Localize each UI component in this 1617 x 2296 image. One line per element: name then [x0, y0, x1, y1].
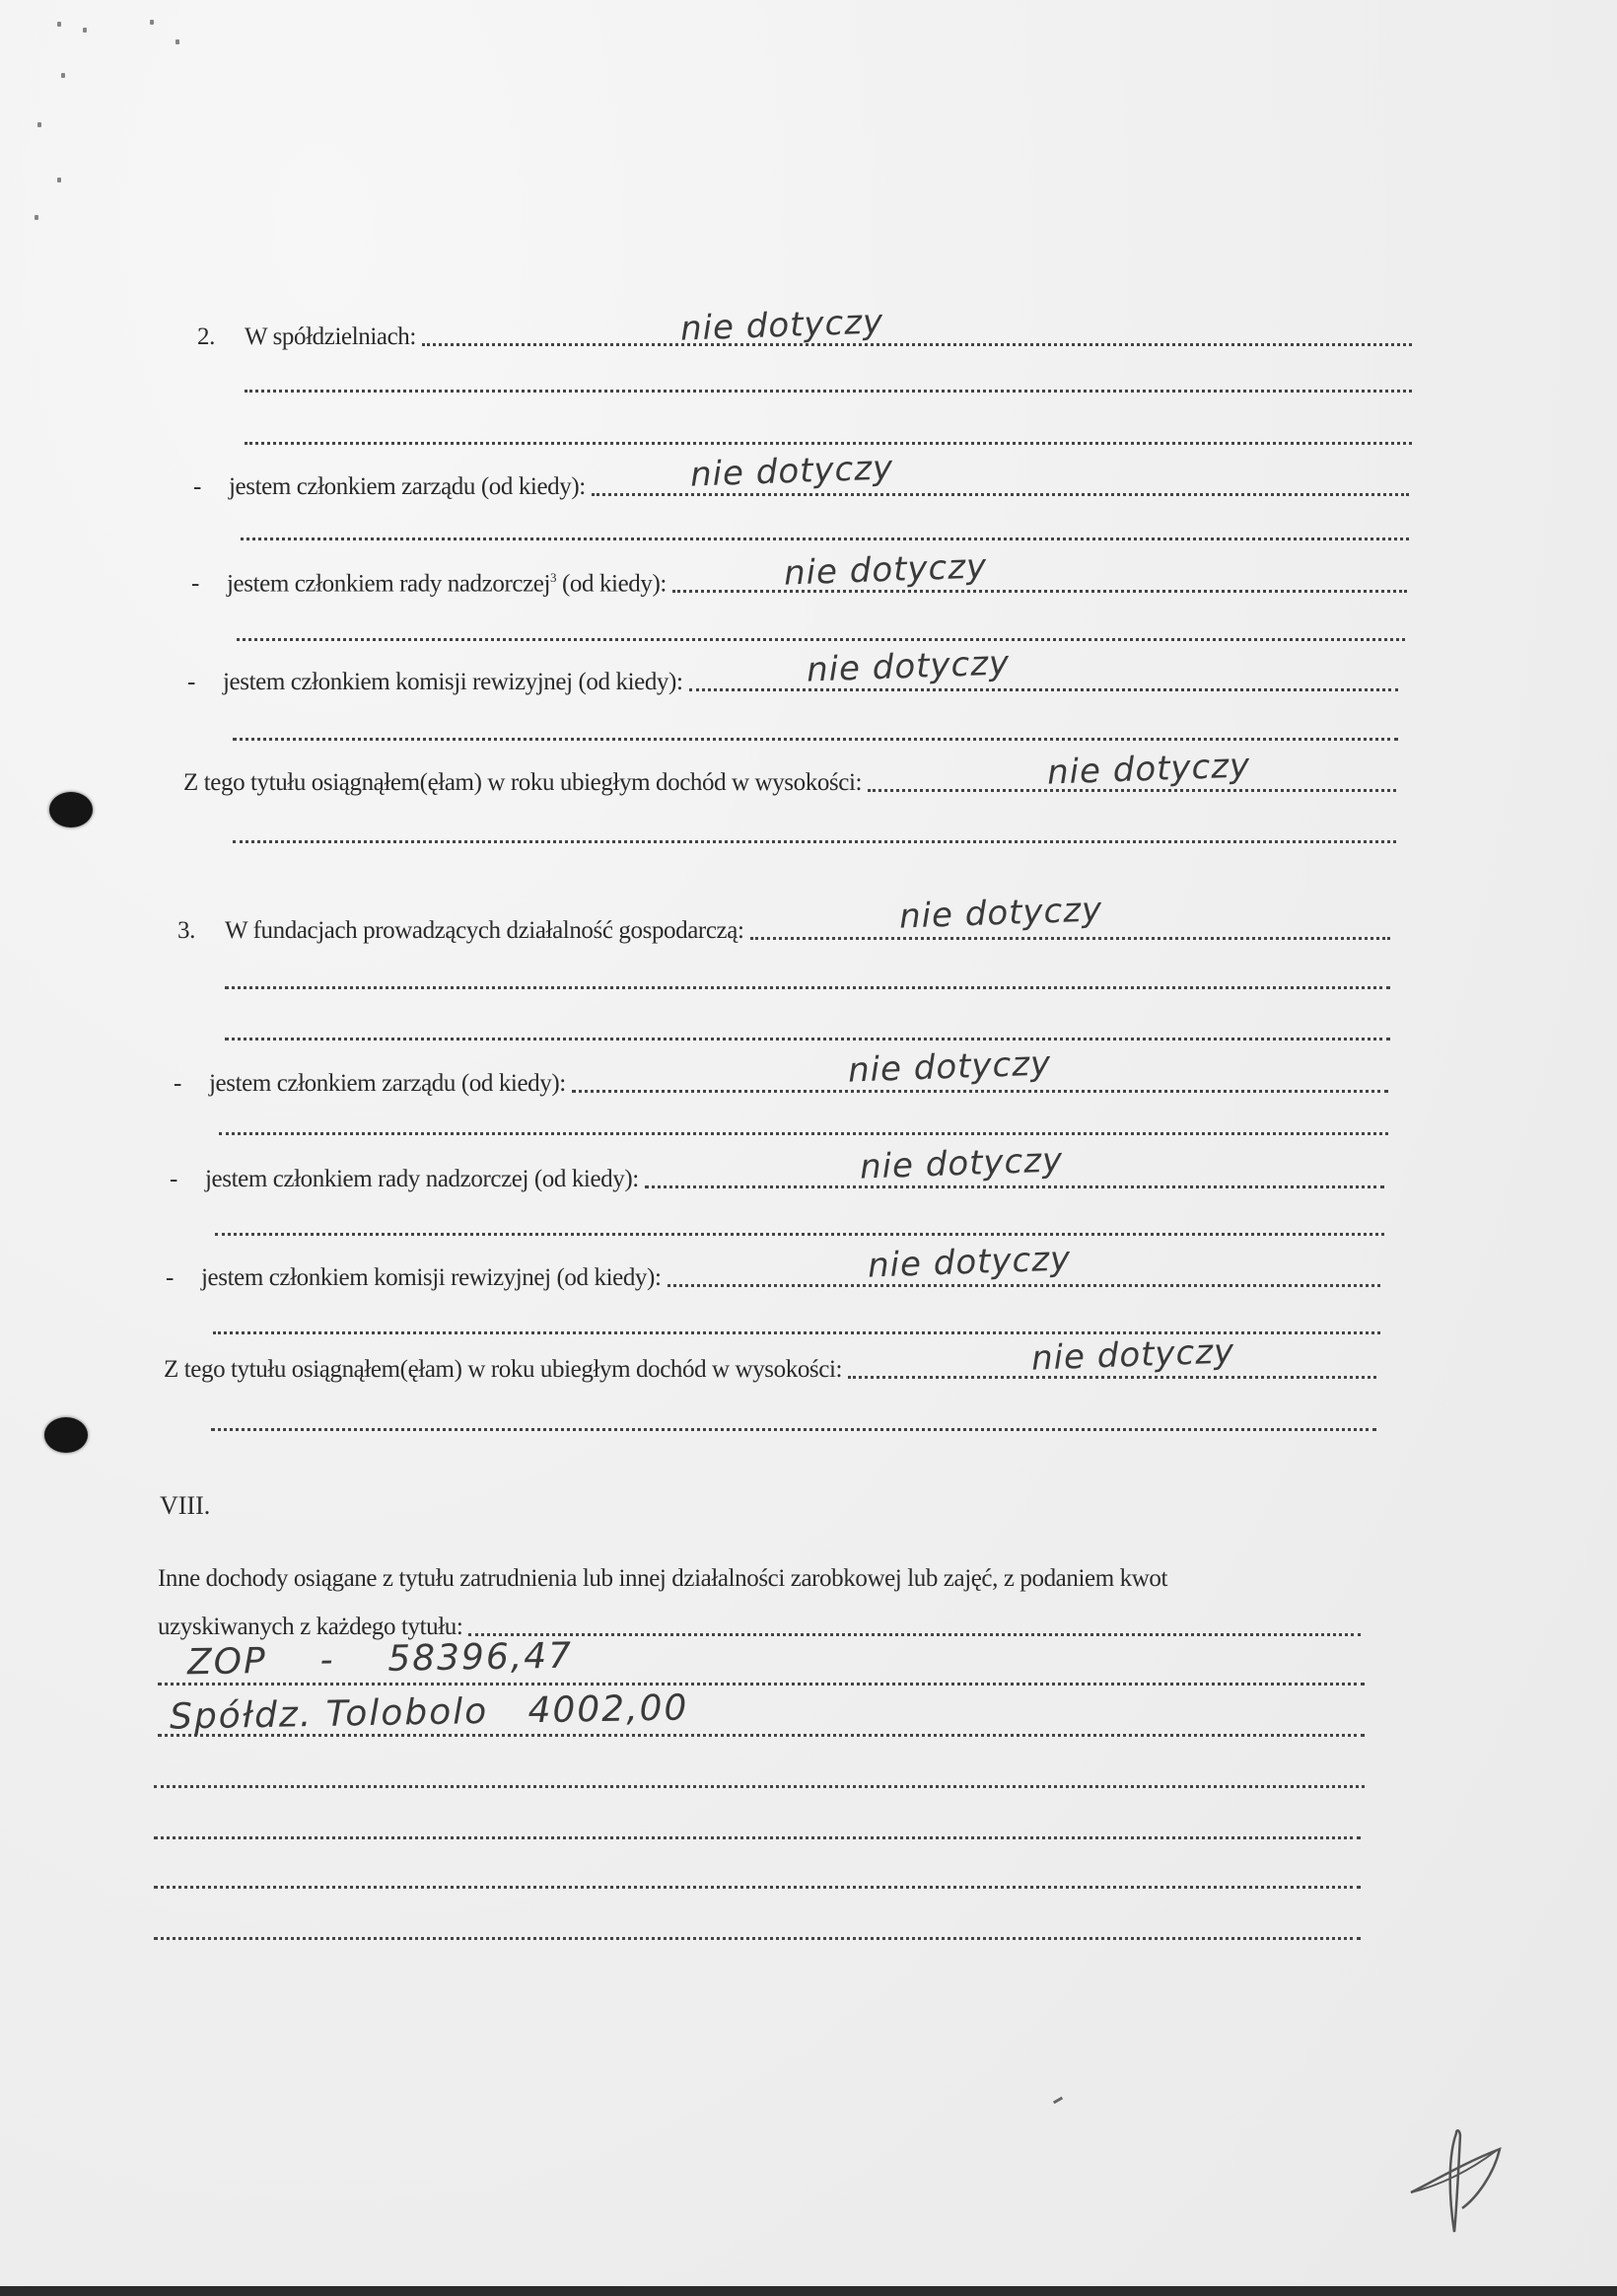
fill-line[interactable]	[672, 590, 1407, 593]
blank-fill-line[interactable]	[154, 1856, 1361, 1898]
footnote-marker: 3	[550, 570, 556, 585]
fill-line[interactable]	[848, 1376, 1376, 1379]
scan-speck	[35, 215, 38, 220]
handwritten-answer: nie dotyczy	[898, 890, 1102, 936]
income-entry: ZOP - 58396,47	[187, 1636, 574, 1684]
income-source: ZOP	[187, 1641, 267, 1683]
handwritten-answer: nie dotyczy	[679, 302, 883, 348]
blank-fill-line[interactable]	[245, 412, 1412, 454]
scan-speck	[61, 73, 65, 78]
income-separator: -	[319, 1640, 335, 1681]
item-label: W spółdzielniach:	[245, 323, 416, 355]
bullet: -	[170, 1166, 205, 1197]
item-3-role-audit: - jestem członkiem komisji rewizyjnej (o…	[166, 1255, 1380, 1296]
fill-line[interactable]	[668, 1284, 1381, 1287]
role-label: jestem członkiem rady nadzorczej	[227, 570, 550, 597]
income-source: Spółdz. Tolobolo	[170, 1691, 489, 1738]
role-label-suffix: (od kiedy):	[562, 570, 667, 597]
punch-hole-top	[49, 792, 93, 827]
scan-speck	[150, 20, 154, 25]
handwritten-answer: nie dotyczy	[847, 1043, 1051, 1090]
income-label: Z tego tytułu osiągnąłem(ęłam) w roku ub…	[183, 769, 862, 801]
fill-line[interactable]	[645, 1185, 1384, 1188]
role-label: jestem członkiem zarządu (od kiedy):	[209, 1070, 566, 1102]
role-label: jestem członkiem komisji rewizyjnej (od …	[223, 669, 683, 700]
scan-speck	[57, 22, 61, 27]
handwritten-answer: nie dotyczy	[1046, 746, 1250, 792]
item-3-line: 3. W fundacjach prowadzących działalność…	[177, 907, 1390, 949]
punch-hole-bottom	[44, 1417, 88, 1453]
handwritten-answer: nie dotyczy	[689, 448, 893, 494]
item-3-role-supervisory: - jestem członkiem rady nadzorczej (od k…	[170, 1156, 1384, 1197]
item-number: 2.	[197, 323, 245, 355]
blank-fill-line[interactable]	[241, 508, 1409, 549]
fill-line[interactable]	[572, 1090, 1388, 1093]
handwritten-answer: nie dotyczy	[867, 1239, 1071, 1285]
income-amount: 4002,00	[527, 1687, 689, 1731]
blank-fill-line[interactable]	[237, 609, 1405, 650]
blank-fill-line[interactable]	[233, 708, 1398, 750]
scan-bottom-edge	[0, 2286, 1617, 2296]
scan-speck	[176, 39, 179, 44]
bullet: -	[174, 1070, 209, 1102]
item-2-role-audit: - jestem członkiem komisji rewizyjnej (o…	[187, 659, 1398, 700]
role-label: jestem członkiem zarządu (od kiedy):	[229, 473, 586, 505]
blank-fill-line[interactable]	[154, 1907, 1361, 1949]
role-label: jestem członkiem rady nadzorczej (od kie…	[205, 1166, 639, 1197]
scan-speck	[57, 178, 61, 182]
handwritten-answer: nie dotyczy	[859, 1140, 1063, 1186]
section-heading: VIII.	[160, 1491, 210, 1521]
blank-fill-line[interactable]	[219, 1103, 1388, 1144]
section-description-fill: uzyskiwanych z każdego tytułu:	[158, 1604, 1361, 1645]
handwritten-answer: nie dotyczy	[1030, 1331, 1234, 1378]
item-3-role-board: - jestem członkiem zarządu (od kiedy):	[174, 1060, 1388, 1102]
blank-fill-line[interactable]	[245, 360, 1412, 401]
bullet: -	[191, 570, 227, 602]
scan-speck	[83, 28, 87, 33]
fill-line[interactable]	[422, 343, 1412, 346]
fill-line[interactable]	[689, 688, 1399, 691]
handwritten-answer: nie dotyczy	[806, 643, 1010, 689]
fill-line[interactable]	[468, 1633, 1361, 1636]
bullet: -	[187, 669, 223, 700]
blank-fill-line[interactable]	[154, 1807, 1361, 1848]
scan-speck	[37, 122, 41, 127]
role-label: jestem członkiem komisji rewizyjnej (od …	[201, 1264, 662, 1296]
blank-fill-line[interactable]	[154, 1756, 1365, 1797]
item-label: W fundacjach prowadzących działalność go…	[225, 917, 744, 949]
signature-icon	[1405, 2116, 1523, 2244]
bullet: -	[166, 1264, 201, 1296]
income-amount: 58396,47	[387, 1636, 573, 1680]
blank-fill-line[interactable]	[233, 811, 1396, 852]
section-description: Inne dochody osiągane z tytułu zatrudnie…	[158, 1565, 1167, 1593]
handwritten-answer: nie dotyczy	[783, 546, 987, 593]
item-number: 3.	[177, 917, 225, 949]
blank-fill-line[interactable]	[215, 1203, 1384, 1245]
bullet: -	[193, 473, 229, 505]
blank-fill-line[interactable]	[225, 1008, 1390, 1049]
role-label-wrapper: jestem członkiem rady nadzorczej3 (od ki…	[227, 570, 667, 602]
income-label: Z tego tytułu osiągnąłem(ęłam) w roku ub…	[164, 1356, 842, 1388]
fill-line[interactable]	[750, 937, 1391, 940]
blank-fill-line[interactable]	[225, 957, 1390, 998]
blank-fill-line[interactable]	[211, 1399, 1376, 1440]
